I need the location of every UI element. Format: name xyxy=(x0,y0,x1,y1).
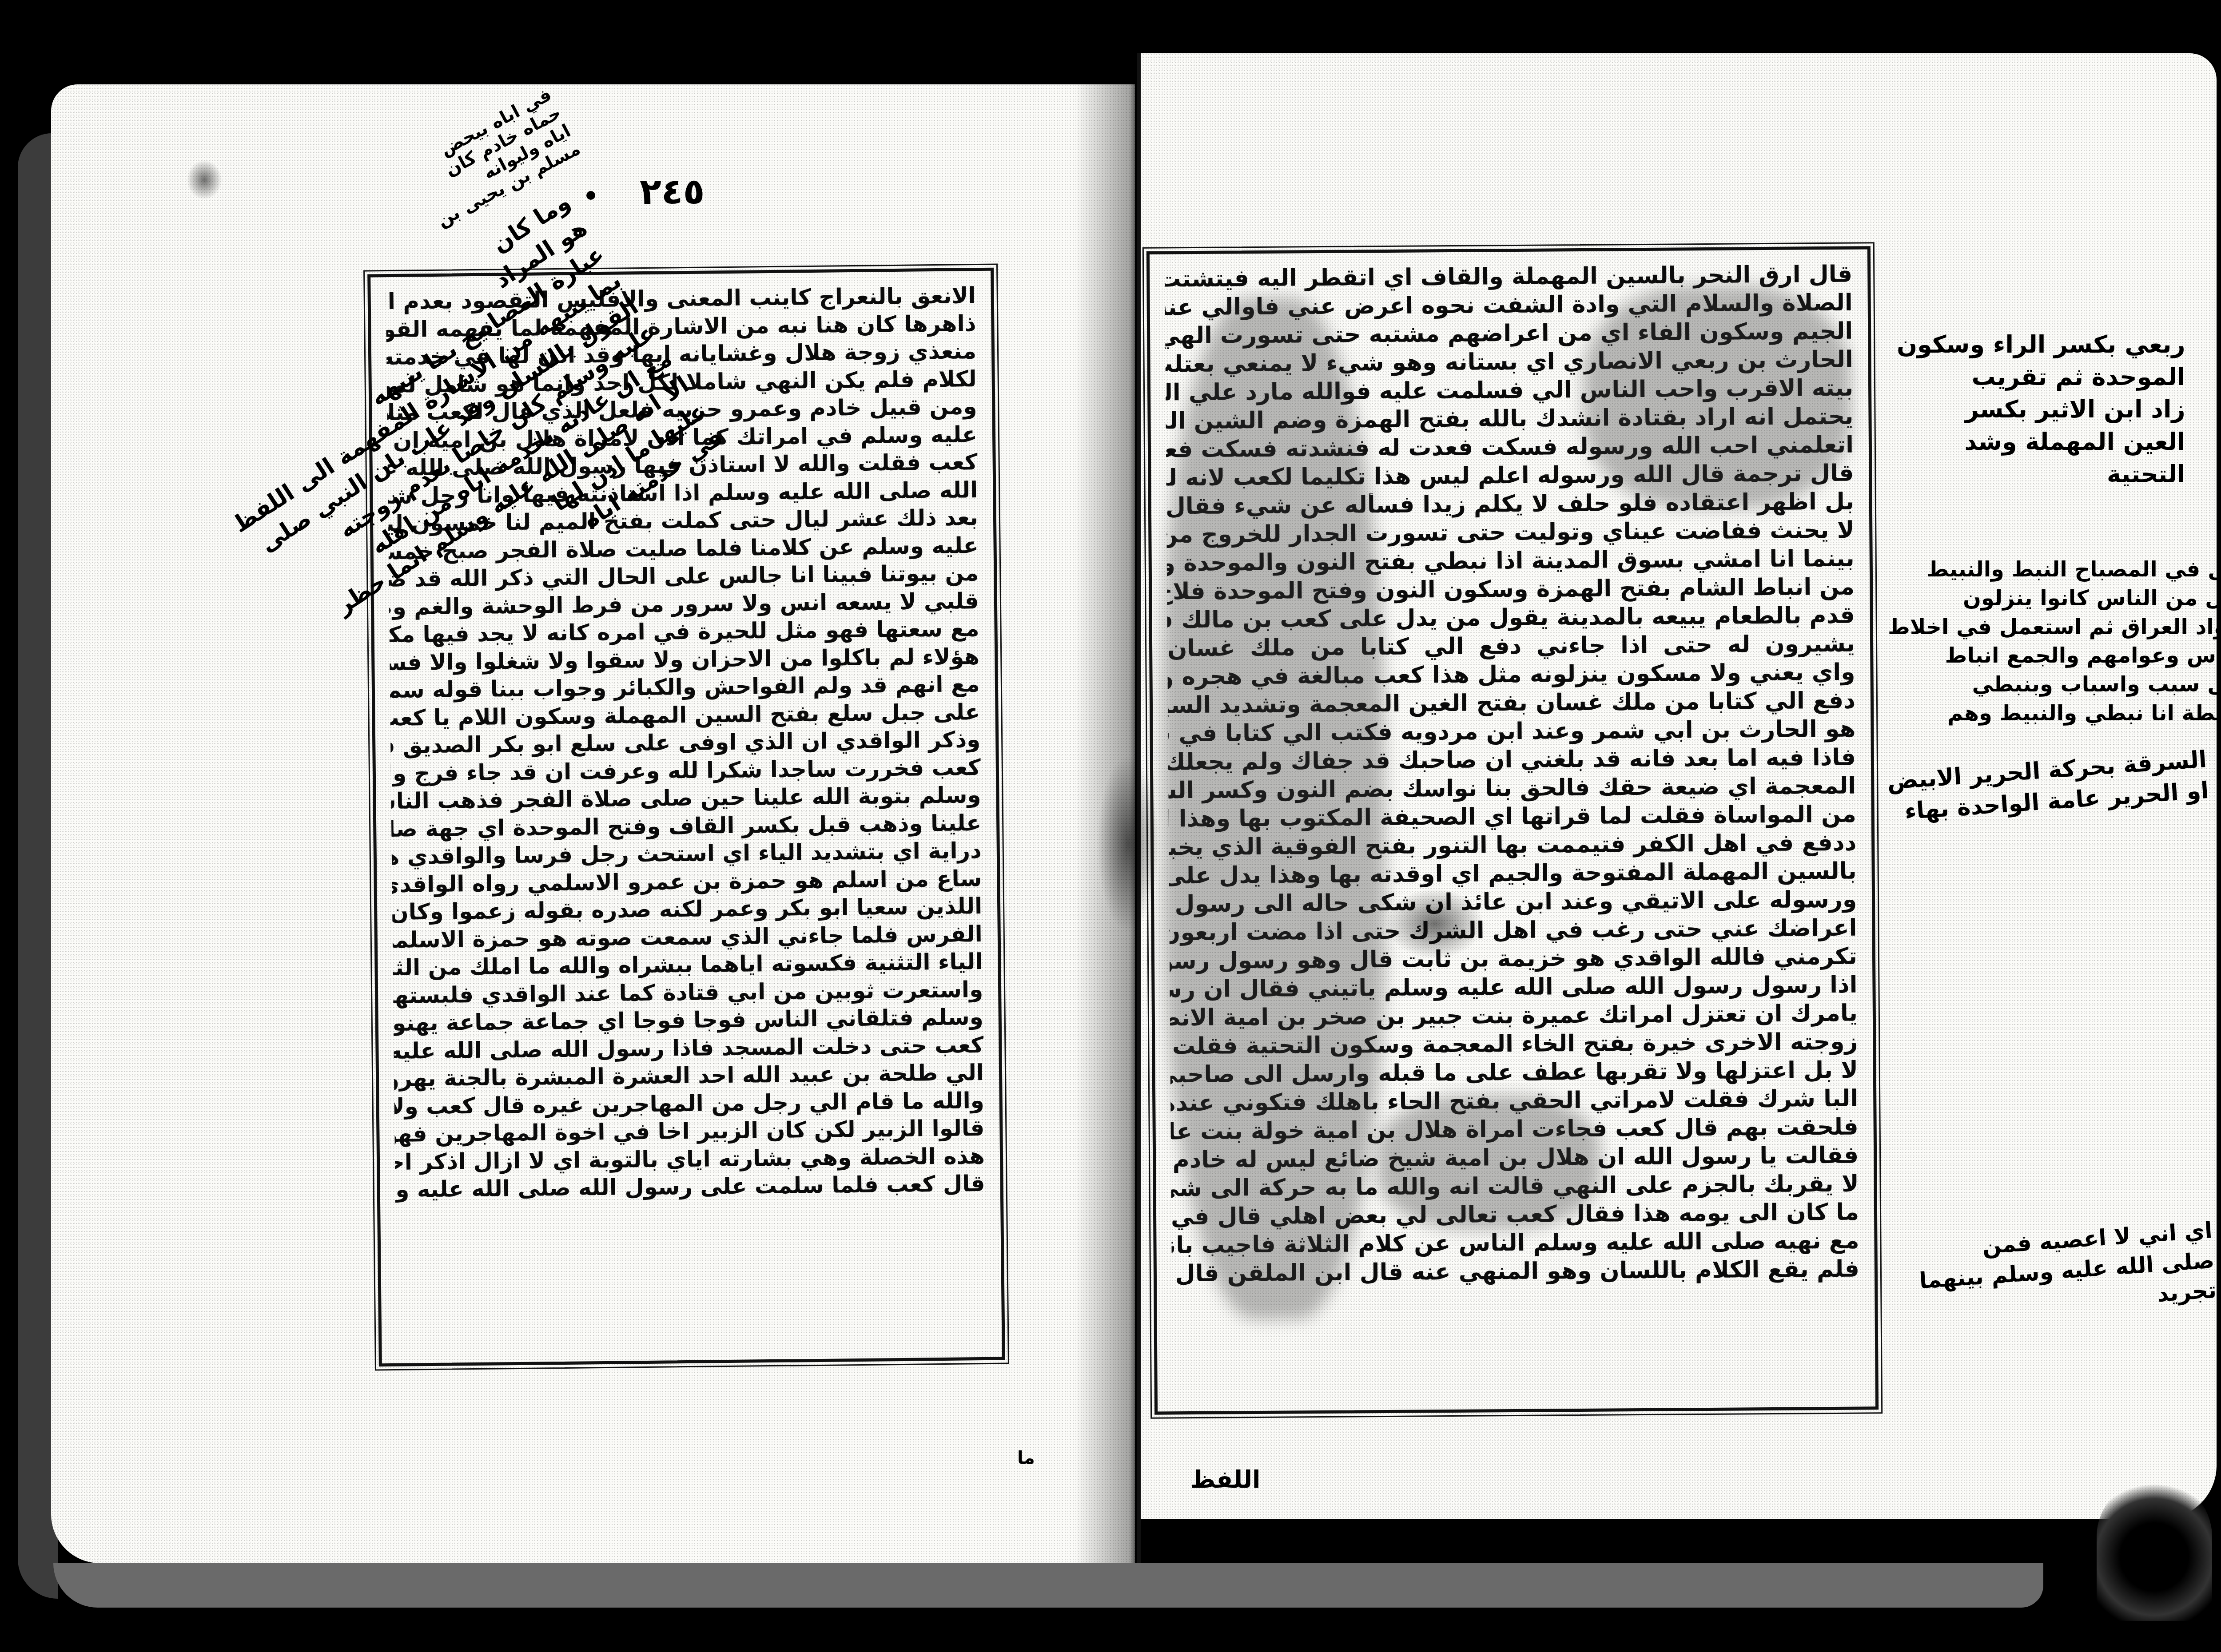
ink-smudge xyxy=(1377,1095,1600,1230)
margin-note-line: العين المهملة وشد xyxy=(1897,426,2185,458)
scanner-thumb-shadow xyxy=(2097,1479,2212,1621)
margin-note-line: التحتية xyxy=(1897,458,2185,491)
page-number-dot xyxy=(586,191,595,200)
text-line: قال كعب فلما سلمت على رسول الله صلى الله… xyxy=(395,1172,985,1206)
margin-note-line: مثل سبب واسباب وبنبطي xyxy=(1888,670,2221,699)
margin-note-line: ربعي بكسر الراء وسكون xyxy=(1897,329,2185,361)
left-page-catchword: ما xyxy=(1017,1448,1035,1468)
right-margin-note-1: ربعي بكسر الراء وسكونالموحدة ثم تقريبزاد… xyxy=(1897,329,2185,490)
margin-note-line: سواد العراق ثم استعمل في اخلاط xyxy=(1888,613,2221,642)
ink-smudge xyxy=(1583,285,1851,509)
margin-note-line: قال في المصباح النبط والنبيط xyxy=(1888,555,2221,584)
book-under-edge-bottom xyxy=(53,1563,2043,1608)
margin-note-line: زاد ابن الاثير بكسر xyxy=(1897,393,2185,426)
margin-note-line: جيل من الناس كانوا ينزلون xyxy=(1888,584,2221,613)
right-text-block: قال ارق النحر بالسين المهملة والقاف اي ا… xyxy=(1146,246,1879,1414)
margin-note-line: النبطة انا نبطي والنبيط وهم xyxy=(1888,699,2221,728)
right-page-catchword: اللفظ xyxy=(1190,1465,1261,1493)
ink-smudge xyxy=(1159,297,1388,1320)
right-margin-note-2: قال في المصباح النبط والنبيطجيل من الناس… xyxy=(1888,555,2221,728)
margin-note-line: الموحدة ثم تقريب xyxy=(1897,361,2185,393)
margin-note-line: الناس وعوامهم والجمع انباط xyxy=(1888,641,2221,670)
page-number: ٢٤٥ xyxy=(640,171,705,212)
stain-mark xyxy=(187,160,222,200)
